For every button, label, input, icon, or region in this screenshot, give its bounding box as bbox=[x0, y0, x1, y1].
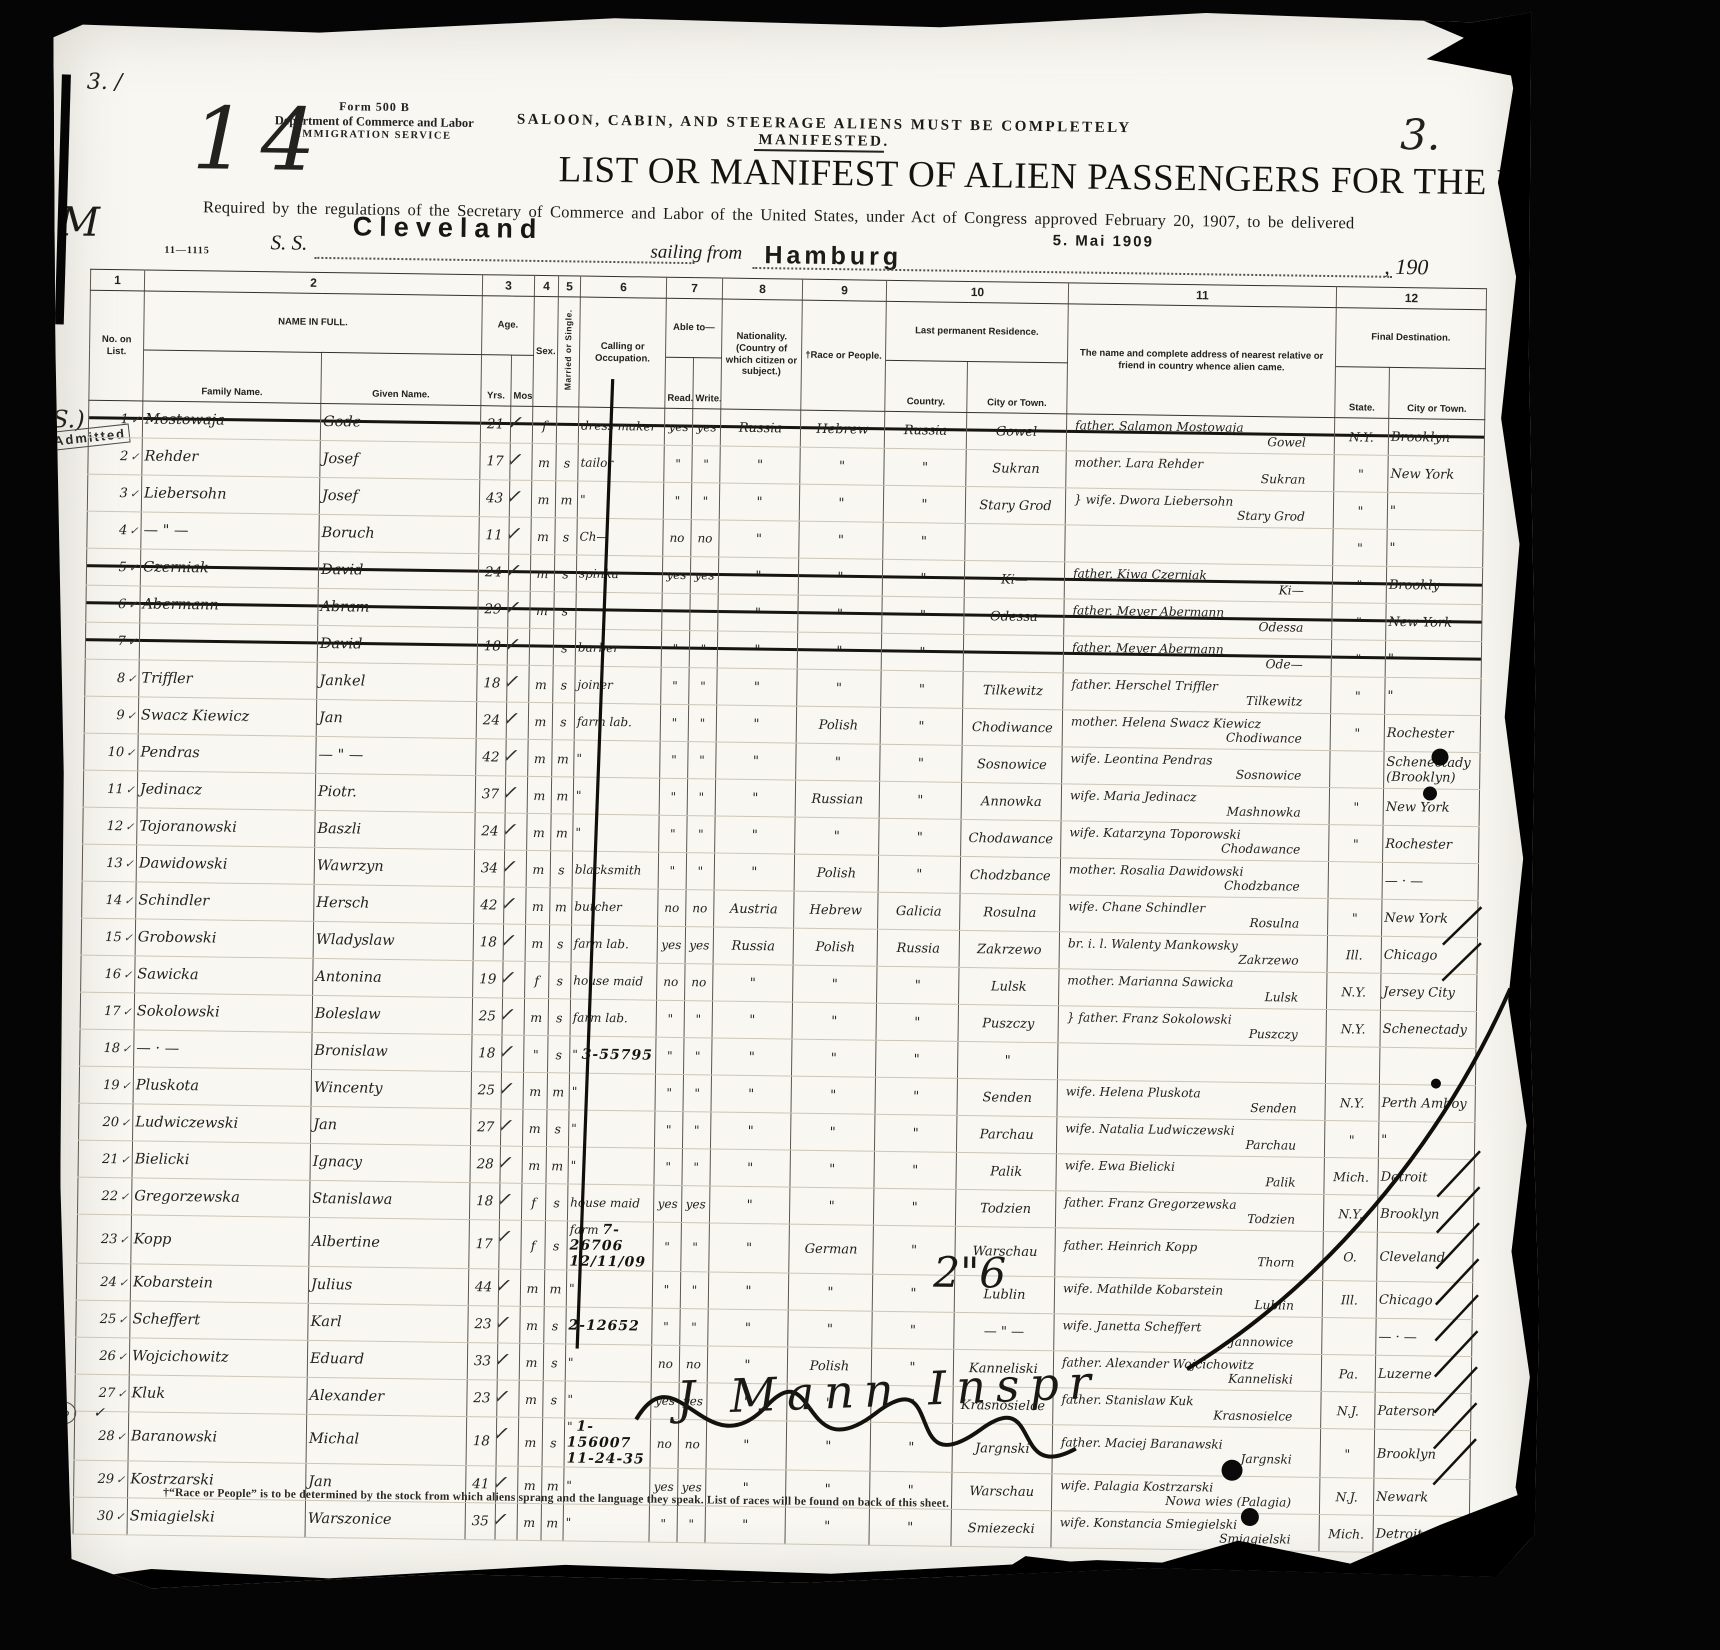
cell-residence-country: Russia bbox=[884, 411, 967, 449]
cell-race: Polish bbox=[794, 854, 879, 892]
cell-residence-city: Odessa bbox=[964, 597, 1065, 635]
subcol-yrs: Yrs. bbox=[481, 355, 512, 406]
cell-nationality: " bbox=[720, 446, 801, 484]
cell-married-single: s bbox=[543, 1381, 566, 1418]
cell-row-number: 16 bbox=[81, 955, 136, 993]
cell-row-number: 24 bbox=[76, 1263, 131, 1301]
subcol-city: City or Town. bbox=[967, 361, 1068, 413]
inspector-annotation: 1-156007 11-24-35 bbox=[567, 1419, 645, 1468]
cell-residence-country: " bbox=[878, 855, 961, 893]
cell-age-mos bbox=[498, 1269, 521, 1306]
circle-text: 9b bbox=[53, 1401, 76, 1424]
col-header-able-to: Able to— bbox=[666, 298, 723, 358]
cell-relative: mother. Rosalia Dawidowski Chodzbance bbox=[1060, 858, 1328, 899]
cell-married-single: s bbox=[545, 1184, 568, 1221]
cell-race: " bbox=[797, 669, 882, 707]
cell-destination-state: N.Y. bbox=[1325, 1084, 1380, 1122]
cell-age-yrs: 23 bbox=[467, 1380, 498, 1417]
cell-residence-country: " bbox=[869, 1508, 952, 1546]
cell-family-name: — · — bbox=[134, 1030, 312, 1069]
cell-row-number: 25 bbox=[76, 1300, 131, 1338]
cell-given-name: Michal bbox=[306, 1414, 467, 1465]
ship-name-stamp: Cleveland bbox=[353, 211, 544, 245]
cell-given-name: Stanislawa bbox=[309, 1180, 470, 1219]
cell-occupation: Ch— bbox=[577, 518, 664, 556]
cell-destination-city: New York bbox=[1388, 455, 1485, 493]
cell-given-name: Gode bbox=[320, 403, 481, 442]
cell-race: " bbox=[796, 743, 881, 781]
scanned-manifest-page: 3. / 14 M Form 500 B Department of Comme… bbox=[0, 0, 1720, 1650]
cell-family-name: Triffler bbox=[139, 660, 317, 699]
cell-age-yrs: 44 bbox=[468, 1269, 499, 1306]
cell-given-name: Antonina bbox=[313, 958, 474, 997]
cell-family-name: Schindler bbox=[136, 882, 314, 921]
cell-age-yrs: 28 bbox=[470, 1146, 501, 1183]
cell-residence-city: Rosulna bbox=[960, 893, 1061, 931]
colnum-7: 7 bbox=[666, 277, 722, 299]
cell-residence-city: Jargnski bbox=[952, 1423, 1053, 1473]
cell-given-name: Piotr. bbox=[315, 773, 476, 812]
cell-nationality: " bbox=[709, 1223, 790, 1273]
cell-destination-city: " bbox=[1387, 529, 1484, 567]
cell-age-mos bbox=[504, 850, 527, 887]
cell-nationality: " bbox=[708, 1309, 789, 1347]
cell-sex: m bbox=[528, 702, 553, 739]
cell-nationality: " bbox=[717, 668, 798, 706]
cell-relative: father. Salamon Mostowaja Gowel bbox=[1066, 414, 1334, 455]
cell-occupation: " bbox=[566, 1270, 653, 1308]
cell-age-yrs: 18 bbox=[472, 1035, 503, 1072]
cell-write: " bbox=[683, 1075, 712, 1112]
cell-married-single: s bbox=[549, 925, 572, 962]
cell-relative: father. Meyer Abermann Ode— bbox=[1063, 636, 1331, 677]
cell-relative: br. i. l. Walenty Mankowsky Zakrzewo bbox=[1059, 932, 1327, 973]
cell-occupation: " bbox=[569, 1073, 656, 1111]
cell-married-single: s bbox=[555, 518, 578, 555]
cell-residence-country: " bbox=[881, 670, 964, 708]
cell-occupation: joiner bbox=[575, 666, 662, 704]
cell-write: " bbox=[692, 446, 721, 483]
cell-residence-city: Smiezecki bbox=[951, 1509, 1052, 1547]
circled-annotation: 9b ✓ bbox=[53, 1401, 105, 1425]
cell-nationality: " bbox=[711, 1038, 792, 1076]
subcol-family-name: Family Name. bbox=[143, 350, 322, 403]
cell-nationality: Russia bbox=[720, 409, 801, 447]
cell-married-single: s bbox=[554, 555, 577, 592]
cell-write: " bbox=[677, 1506, 706, 1543]
cell-destination-city: " bbox=[1378, 1121, 1475, 1159]
cell-read: yes bbox=[662, 556, 691, 593]
cell-married-single: s bbox=[554, 592, 577, 629]
cell-write: " bbox=[682, 1112, 711, 1149]
cell-sex: m bbox=[517, 1503, 542, 1540]
cell-destination-city: Brooklyn bbox=[1377, 1195, 1474, 1233]
cell-age-mos bbox=[498, 1306, 521, 1343]
cell-row-number: 2 bbox=[88, 437, 143, 475]
document-title: LIST OR MANIFEST OF ALIEN PASSENGERS FOR… bbox=[558, 148, 1540, 205]
cell-read: " bbox=[659, 815, 688, 852]
year-label: , 190 bbox=[1384, 254, 1428, 281]
cell-age-mos bbox=[507, 628, 530, 665]
cell-nationality: " bbox=[719, 483, 800, 521]
cell-destination-state: " bbox=[1320, 1428, 1375, 1478]
cell-sex: m bbox=[524, 998, 549, 1035]
cell-sex: " bbox=[524, 1035, 549, 1072]
cell-given-name: Eduard bbox=[307, 1340, 468, 1379]
cell-row-number: 18 bbox=[80, 1029, 135, 1067]
cell-race: " bbox=[799, 521, 884, 559]
col-header-occupation: Calling or Occupation. bbox=[579, 297, 667, 408]
cell-sex: m bbox=[530, 591, 555, 628]
cell-read: yes bbox=[653, 1185, 682, 1222]
cell-relative: } father. Franz Sokolowski Puszczy bbox=[1058, 1006, 1326, 1047]
cell-destination-state: Ill. bbox=[1327, 936, 1382, 974]
cell-race: " bbox=[791, 1039, 876, 1077]
cell-row-number: 12 bbox=[83, 807, 138, 845]
cell-read: " bbox=[658, 852, 687, 889]
cell-given-name: Jankel bbox=[317, 662, 478, 701]
cell-sex: m bbox=[522, 1109, 547, 1146]
cell-age-mos bbox=[500, 1109, 523, 1146]
cell-row-number: 20 bbox=[79, 1103, 134, 1141]
cell-relative: mother. Marianna Sawicka Lulsk bbox=[1059, 969, 1327, 1010]
cell-nationality: " bbox=[714, 853, 795, 891]
cell-age-mos bbox=[502, 1035, 525, 1072]
cell-age-yrs: 24 bbox=[478, 554, 509, 591]
cell-age-yrs: 27 bbox=[470, 1109, 501, 1146]
sailing-from-label: sailing from bbox=[650, 242, 742, 265]
cell-row-number: 21 bbox=[78, 1140, 133, 1178]
cell-residence-city: Chodawance bbox=[961, 819, 1062, 857]
col-header-nationality: Nationality. (Country of which citizen o… bbox=[721, 299, 803, 410]
cell-race: " bbox=[791, 1076, 876, 1114]
cell-read: " bbox=[656, 1037, 685, 1074]
cell-race: " bbox=[792, 1002, 877, 1040]
cell-residence-city: Palik bbox=[956, 1152, 1057, 1190]
cell-occupation: " bbox=[568, 1110, 655, 1148]
cell-married-single: s bbox=[548, 1036, 571, 1073]
cell-read: " bbox=[661, 630, 690, 667]
cell-read: " bbox=[655, 1074, 684, 1111]
cell-occupation: " bbox=[563, 1504, 650, 1542]
cell-occupation: " bbox=[568, 1147, 655, 1185]
cell-race: " bbox=[799, 484, 884, 522]
cell-age-mos bbox=[497, 1343, 520, 1380]
cell-family-name: Rehder bbox=[142, 438, 320, 477]
cell-row-number: 3 bbox=[87, 474, 142, 512]
cell-occupation: barber bbox=[575, 629, 662, 667]
cell-write: " bbox=[688, 742, 717, 779]
cell-sex: m bbox=[523, 1072, 548, 1109]
cell-sex: m bbox=[532, 443, 557, 480]
cell-destination-state: " bbox=[1332, 603, 1387, 641]
subcol-country: Country. bbox=[885, 360, 968, 412]
cell-read: " bbox=[660, 704, 689, 741]
cell-given-name: Alexander bbox=[307, 1377, 468, 1416]
cell-occupation: " bbox=[565, 1344, 652, 1382]
cell-sex: m bbox=[518, 1417, 543, 1466]
cell-read: no bbox=[657, 963, 686, 1000]
cell-residence-country: Russia bbox=[877, 929, 960, 967]
cell-read: no bbox=[658, 889, 687, 926]
colnum-5: 5 bbox=[558, 276, 580, 297]
cell-write: " bbox=[687, 816, 716, 853]
married-single-label: Married or Single. bbox=[563, 309, 575, 390]
cell-age-yrs: 42 bbox=[476, 739, 507, 776]
cell-sex: m bbox=[525, 924, 550, 961]
cell-given-name: David bbox=[318, 551, 479, 590]
cell-sex: m bbox=[526, 887, 551, 924]
cell-relative: wife. Leontina Pendras Sosnowice bbox=[1062, 747, 1330, 788]
cell-occupation: " bbox=[573, 777, 660, 815]
cell-race: " bbox=[798, 558, 883, 596]
cell-destination-state: O. bbox=[1323, 1232, 1378, 1282]
cell-row-number: 6 bbox=[86, 585, 141, 623]
cell-family-name: Ludwiczewski bbox=[133, 1104, 311, 1143]
form-small-number: 11—1115 bbox=[164, 245, 210, 257]
cell-given-name: Bronislaw bbox=[312, 1032, 473, 1071]
cell-residence-city: Gowel bbox=[966, 412, 1067, 450]
col-header-race: †Race or People. bbox=[801, 300, 887, 411]
cell-write: yes bbox=[685, 927, 714, 964]
cell-given-name: Josef bbox=[320, 440, 481, 479]
cell-residence-country: " bbox=[883, 522, 966, 560]
cell-destination-state: " bbox=[1324, 1121, 1379, 1159]
cell-residence-city: — " — bbox=[954, 1312, 1055, 1350]
cell-family-name: Dawidowski bbox=[136, 845, 314, 884]
cell-married-single: m bbox=[541, 1504, 564, 1541]
cell-read: no bbox=[650, 1419, 679, 1468]
cell-relative: wife. Mathilde Kobarstein Lublin bbox=[1054, 1277, 1322, 1318]
colnum-4: 4 bbox=[534, 275, 558, 296]
cell-race: Polish bbox=[793, 928, 878, 966]
cell-destination-city bbox=[1379, 1047, 1476, 1085]
cell-nationality: " bbox=[716, 742, 797, 780]
cell-age-mos bbox=[504, 887, 527, 924]
cell-write: no bbox=[685, 964, 714, 1001]
cell-age-yrs: 42 bbox=[474, 887, 505, 924]
cell-write: " bbox=[684, 1001, 713, 1038]
cell-residence-city bbox=[965, 523, 1066, 561]
cell-nationality: " bbox=[710, 1149, 791, 1187]
cell-destination-city: " bbox=[1385, 677, 1482, 715]
cell-given-name: Josef bbox=[319, 477, 480, 516]
cell-residence-country: " bbox=[880, 707, 963, 745]
cell-destination-city: " bbox=[1387, 492, 1484, 530]
cell-sex: m bbox=[519, 1343, 544, 1380]
cell-write: yes bbox=[690, 557, 719, 594]
cell-read: " bbox=[653, 1222, 682, 1271]
cell-sex: f bbox=[525, 961, 550, 998]
cell-occupation: butcher bbox=[572, 888, 659, 926]
cell-read: " bbox=[649, 1505, 678, 1542]
cell-relative: father. Heinrich Kopp Thorn bbox=[1055, 1228, 1324, 1281]
check-mark: ✓ bbox=[93, 1406, 105, 1421]
cell-married-single: m bbox=[547, 1073, 570, 1110]
cell-sex: m bbox=[520, 1269, 545, 1306]
colnum-3: 3 bbox=[482, 275, 534, 297]
cell-relative: mother. Helena Swacz Kiewicz Chodiwance bbox=[1062, 710, 1330, 751]
cell-age-yrs: 21 bbox=[480, 406, 511, 443]
ship-name-rule bbox=[314, 257, 694, 264]
cell-married-single: m bbox=[551, 814, 574, 851]
cell-race: German bbox=[789, 1224, 874, 1274]
cell-row-number: 22 bbox=[77, 1177, 132, 1215]
cell-relative: father. Maciej Baranawski Jargnski bbox=[1052, 1425, 1321, 1478]
cell-write: " bbox=[689, 631, 718, 668]
cell-write bbox=[690, 594, 719, 631]
table-header: 1 2 3 4 5 6 7 8 9 10 11 12 No. on bbox=[89, 269, 1487, 419]
cell-residence-country: " bbox=[873, 1188, 956, 1226]
cell-read: " bbox=[664, 445, 693, 482]
cell-nationality: " bbox=[711, 1075, 792, 1113]
ss-label: S. S. bbox=[270, 230, 307, 256]
cell-read: " bbox=[652, 1271, 681, 1308]
cell-married-single: s bbox=[549, 962, 572, 999]
cell-given-name: Jan bbox=[316, 699, 477, 738]
cell-occupation: " bbox=[565, 1381, 652, 1419]
cell-age-mos bbox=[497, 1380, 520, 1417]
cell-family-name: Tojoranowski bbox=[137, 808, 315, 847]
cell-given-name: — " — bbox=[316, 736, 477, 775]
cell-family-name: Pendras bbox=[138, 734, 316, 773]
cell-occupation: dress maker bbox=[578, 407, 665, 445]
cell-sex: m bbox=[528, 739, 553, 776]
cell-write: " bbox=[689, 668, 718, 705]
cell-write: " bbox=[682, 1149, 711, 1186]
cell-race: Russian bbox=[795, 780, 880, 818]
cell-family-name: Kluk bbox=[129, 1375, 307, 1414]
cell-destination-state: " bbox=[1329, 788, 1384, 826]
cell-nationality: Austria bbox=[714, 890, 795, 928]
cell-destination-state bbox=[1330, 751, 1385, 789]
cell-occupation: 2-12652 bbox=[566, 1307, 653, 1345]
cell-residence-country: " bbox=[881, 633, 964, 671]
subcol-write: Write. bbox=[693, 358, 722, 409]
cell-occupation: " bbox=[574, 740, 661, 778]
cell-row-number: 1 bbox=[88, 400, 143, 438]
cell-residence-country: " bbox=[870, 1422, 953, 1472]
cell-age-mos bbox=[509, 480, 532, 517]
cell-destination-state: Mich. bbox=[1319, 1514, 1374, 1552]
cell-residence-city: Chodzbance bbox=[960, 856, 1061, 894]
cell-nationality: " bbox=[716, 705, 797, 743]
cell-relative: wife. Helena Pluskota Senden bbox=[1057, 1080, 1325, 1121]
cell-family-name: Sokolowski bbox=[134, 993, 312, 1032]
cell-residence-country: " bbox=[875, 1040, 958, 1078]
cell-row-number: 30 bbox=[73, 1497, 128, 1535]
cell-occupation: tailor bbox=[578, 444, 665, 482]
cell-destination-city: Luzerne bbox=[1375, 1355, 1472, 1393]
cell-sex: m bbox=[531, 517, 556, 554]
cell-family-name: Sawicka bbox=[135, 956, 313, 995]
cell-race: " bbox=[797, 632, 882, 670]
cell-destination-city: Brookly bbox=[1386, 566, 1483, 604]
cell-residence-city: Sukran bbox=[966, 449, 1067, 487]
cell-write: " bbox=[687, 779, 716, 816]
cell-relative: father. Franz Gregorzewska Todzien bbox=[1055, 1191, 1323, 1232]
cell-write: " bbox=[683, 1038, 712, 1075]
cell-destination-state: " bbox=[1334, 455, 1389, 493]
cell-age-yrs: 11 bbox=[479, 517, 510, 554]
col-header-residence: Last permanent Residence. bbox=[885, 301, 1068, 363]
cell-residence-country: " bbox=[874, 1114, 957, 1152]
cell-destination-state: N.Y. bbox=[1334, 418, 1389, 456]
subcol-state: State. bbox=[1335, 367, 1390, 419]
cell-sex: m bbox=[519, 1380, 544, 1417]
cell-destination-city: " bbox=[1385, 640, 1482, 678]
inspector-annotation: 3-55795 bbox=[582, 1047, 653, 1064]
cell-write: yes bbox=[681, 1186, 710, 1223]
cell-age-mos bbox=[503, 961, 526, 998]
cell-given-name: Wawrzyn bbox=[314, 847, 475, 886]
inspector-annotation: 2-12652 bbox=[568, 1317, 639, 1334]
cell-relative bbox=[1057, 1043, 1325, 1084]
cell-relative: wife. Natalia Ludwiczewski Parchau bbox=[1056, 1117, 1324, 1158]
cell-destination-state: N.J. bbox=[1321, 1392, 1376, 1430]
cell-married-single: s bbox=[545, 1221, 568, 1270]
cell-given-name: Ignacy bbox=[310, 1143, 471, 1182]
cell-read: " bbox=[656, 1000, 685, 1037]
cell-race: " bbox=[790, 1150, 875, 1188]
cell-read: " bbox=[654, 1148, 683, 1185]
cell-family-name bbox=[139, 623, 317, 662]
cell-age-yrs: 25 bbox=[471, 1072, 502, 1109]
inspector-scrawl: 2"6 bbox=[933, 1248, 1006, 1298]
cell-age-mos bbox=[496, 1417, 519, 1466]
cell-nationality: " bbox=[709, 1186, 790, 1224]
cell-destination-city: Chicago bbox=[1381, 936, 1478, 974]
cell-residence-city: Stary Grod bbox=[965, 486, 1066, 524]
cell-write: yes bbox=[692, 409, 721, 446]
cell-relative: wife. Chane Schindler Rosulna bbox=[1060, 895, 1328, 936]
cell-nationality: " bbox=[705, 1506, 786, 1544]
cell-destination-city: Cleveland bbox=[1377, 1232, 1474, 1282]
cell-destination-state: Mich. bbox=[1324, 1158, 1379, 1196]
cell-read: " bbox=[661, 667, 690, 704]
cell-row-number: 29 bbox=[74, 1460, 129, 1498]
cell-nationality: " bbox=[715, 779, 796, 817]
cell-destination-state: " bbox=[1330, 714, 1385, 752]
cell-residence-city: Annowka bbox=[961, 782, 1062, 820]
cell-destination-state: " bbox=[1332, 566, 1387, 604]
ink-blot bbox=[1431, 1079, 1441, 1089]
cell-family-name: Pluskota bbox=[133, 1067, 311, 1106]
cell-relative: wife. Maria Jedinacz Mashnowka bbox=[1061, 784, 1329, 825]
cell-destination-state: N.Y. bbox=[1326, 973, 1381, 1011]
cell-family-name: Kobarstein bbox=[130, 1264, 308, 1303]
cell-age-yrs: 17 bbox=[480, 443, 511, 480]
ink-blot bbox=[1221, 1460, 1242, 1481]
cell-age-mos bbox=[507, 665, 530, 702]
cell-occupation: " bbox=[573, 814, 660, 852]
cell-destination-city: Rochester bbox=[1384, 714, 1481, 752]
cell-read: yes bbox=[657, 926, 686, 963]
cell-residence-city: Sosnowice bbox=[962, 745, 1063, 783]
cell-residence-city: Puszczy bbox=[958, 1004, 1059, 1042]
cell-residence-city bbox=[963, 634, 1064, 672]
cell-occupation: spinka bbox=[576, 555, 663, 593]
cell-sex: m bbox=[520, 1306, 545, 1343]
cell-married-single: m bbox=[546, 1147, 569, 1184]
cell-family-name: Bielicki bbox=[132, 1141, 310, 1180]
cell-married-single: s bbox=[542, 1418, 565, 1467]
cell-age-yrs: 17 bbox=[469, 1220, 500, 1269]
cell-age-mos bbox=[505, 776, 528, 813]
cell-age-mos bbox=[510, 406, 533, 443]
cell-given-name: Boleslaw bbox=[312, 995, 473, 1034]
cell-relative: wife. Konstancia Smiegielski Smiagielski bbox=[1051, 1511, 1319, 1552]
